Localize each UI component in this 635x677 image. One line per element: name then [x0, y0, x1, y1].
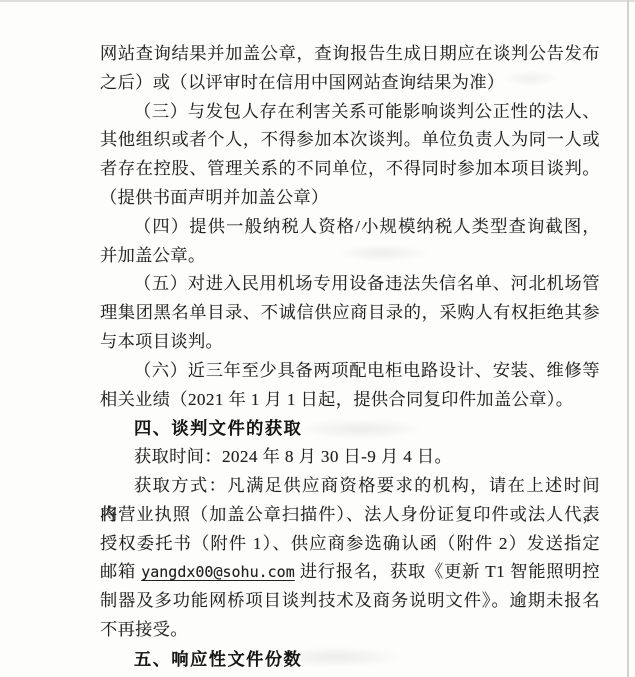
line-clause6-2: 相关业绩（2021 年 1 月 1 日起，提供合同复印件加盖公章）。 [100, 386, 600, 415]
line-clause5-3: 与本项目谈判。 [100, 328, 600, 357]
line-obtain-method-1: 获取方式：凡满足供应商资格要求的机构，请在上述时间内， [100, 472, 600, 501]
text-segment: 其他组织或者个人，不得参加本次谈判。单位负责人为同一人或 [100, 130, 600, 149]
text-segment: 邮箱 [100, 562, 141, 581]
line-obtain-time: 获取时间：2024 年 8 月 30 日-9 月 4 日。 [100, 443, 600, 472]
line-clause3-2: 其他组织或者个人，不得参加本次谈判。单位负责人为同一人或 [100, 126, 600, 155]
scanned-document-page: 网站查询结果并加盖公章，查询报告生成日期应在谈判公告发布之后）或（以评审时在信用… [0, 0, 635, 677]
text-segment: 四、谈判文件的获取 [134, 418, 302, 438]
text-segment: （三）与发包人存在利害关系可能影响谈判公正性的法人、 [134, 102, 600, 121]
text-segment: 与本项目谈判。 [100, 332, 223, 351]
line-clause3-1: （三）与发包人存在利害关系可能影响谈判公正性的法人、 [100, 98, 600, 127]
text-segment: 网站查询结果并加盖公章，查询报告生成日期应在谈判公告发布 [100, 44, 600, 63]
text-segment: 理集团黑名单目录、不诚信供应商目录的，采购人有权拒绝其参 [100, 303, 600, 322]
text-segment: 者存在控股、管理关系的不同单位，不得同时参加本项目谈判。 [100, 159, 600, 178]
line-clause4-2: 并加盖公章。 [100, 242, 600, 271]
text-segment: 相关业绩（2021 年 1 月 1 日起，提供合同复印件加盖公章）。 [100, 390, 573, 409]
line-clause5-2: 理集团黑名单目录、不诚信供应商目录的，采购人有权拒绝其参 [100, 299, 600, 328]
line-clause2-cont-2: 之后）或（以评审时在信用中国网站查询结果为准） [100, 69, 600, 98]
line-clause2-cont-1: 网站查询结果并加盖公章，查询报告生成日期应在谈判公告发布 [100, 40, 600, 69]
text-segment: 不再接受。 [100, 620, 188, 639]
text-block: 网站查询结果并加盖公章，查询报告生成日期应在谈判公告发布之后）或（以评审时在信用… [100, 40, 600, 674]
text-segment: （四）提供一般纳税人资格/小规模纳税人类型查询截图， [134, 217, 600, 236]
line-clause4-1: （四）提供一般纳税人资格/小规模纳税人类型查询截图， [100, 213, 600, 242]
text-segment: 五、响应性文件份数 [134, 649, 302, 669]
line-clause3-4: （提供书面声明并加盖公章） [100, 184, 600, 213]
text-segment: 并加盖公章。 [100, 246, 206, 265]
text-segment: 将营业执照（加盖公章扫描件）、法人身份证复印件或法人代表 [100, 505, 600, 524]
heading-section-5: 五、响应性文件份数 [100, 645, 600, 674]
line-obtain-method-2: 将营业执照（加盖公章扫描件）、法人身份证复印件或法人代表 [100, 501, 600, 530]
line-clause3-3: 者存在控股、管理关系的不同单位，不得同时参加本项目谈判。 [100, 155, 600, 184]
line-obtain-method-4: 邮箱 yangdx00@sohu.com 进行报名，获取《更新 T1 智能照明控 [100, 558, 600, 587]
text-segment: 之后）或（以评审时在信用中国网站查询结果为准） [100, 73, 505, 92]
text-segment: （提供书面声明并加盖公章） [100, 188, 329, 207]
text-segment: （五）对进入民用机场专用设备违法失信名单、河北机场管 [134, 274, 600, 293]
line-obtain-method-6: 不再接受。 [100, 616, 600, 645]
line-clause6-1: （六）近三年至少具备两项配电柜电路设计、安装、维修等 [100, 357, 600, 386]
text-segment: 授权委托书（附件 1）、供应商参选确认函（附件 2）发送指定 [100, 534, 600, 553]
line-obtain-method-5: 制器及多功能网桥项目谈判技术及商务说明文件》。逾期未报名 [100, 587, 600, 616]
text-segment: 制器及多功能网桥项目谈判技术及商务说明文件》。逾期未报名 [100, 591, 600, 610]
page-top-edge [0, 0, 635, 2]
line-obtain-method-3: 授权委托书（附件 1）、供应商参选确认函（附件 2）发送指定 [100, 530, 600, 559]
heading-section-4: 四、谈判文件的获取 [100, 414, 600, 443]
page-edge-line [627, 0, 629, 677]
email-address: yangdx00@sohu.com [141, 563, 295, 581]
text-segment: （六）近三年至少具备两项配电柜电路设计、安装、维修等 [134, 361, 600, 380]
text-segment: 进行报名，获取《更新 T1 智能照明控 [295, 562, 600, 581]
text-segment: 获取时间：2024 年 8 月 30 日-9 月 4 日。 [134, 447, 452, 466]
line-clause5-1: （五）对进入民用机场专用设备违法失信名单、河北机场管 [100, 270, 600, 299]
